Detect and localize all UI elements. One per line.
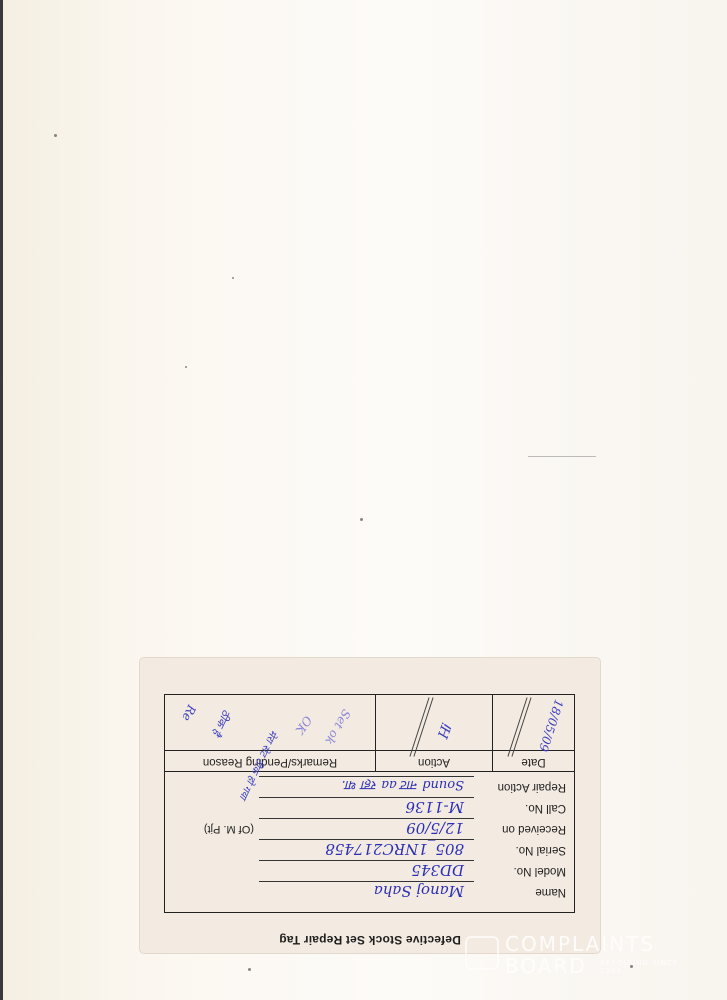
- field-label: Serial No.: [516, 844, 567, 856]
- field-repair-action: Repair Action Sound नाट aa रहा था.: [165, 776, 574, 797]
- field-underline: [259, 860, 474, 861]
- field-label: Call No.: [525, 802, 566, 814]
- field-underline: [259, 797, 474, 798]
- dust-speck: [360, 518, 363, 521]
- pen-stroke: [413, 697, 433, 756]
- scan-edge: [0, 0, 3, 1000]
- field-received-on: Received on 12/5/09 (Of M. Pjt): [165, 818, 574, 839]
- field-value: 805_1NRC217458: [325, 840, 464, 858]
- remark-text: OK: [292, 713, 314, 736]
- field-value: Sound नाट aa रहा था.: [342, 777, 464, 795]
- field-model-no: Model No. DD345: [165, 860, 574, 881]
- entry-action-cell: ⵑH: [375, 695, 492, 750]
- field-value: 12/5/09: [406, 819, 464, 837]
- field-value: M-1136: [405, 798, 464, 816]
- column-header-date: Date: [492, 751, 574, 771]
- field-call-no: Call No. M-1136: [165, 797, 574, 818]
- field-underline: [259, 818, 474, 819]
- table-entry-row: 18/05/09 ⵑH Set ok OK मेरा सेट ठीक हो गय…: [165, 695, 574, 750]
- pen-stroke: [511, 697, 531, 756]
- field-label: Name: [535, 886, 566, 898]
- dust-speck: [54, 134, 57, 137]
- remark-text: Re: [179, 703, 199, 724]
- entry-date: 18/05/09: [536, 698, 566, 754]
- field-serial-no: Serial No. 805_1NRC217458: [165, 839, 574, 860]
- field-value: Manoj Saha: [374, 882, 464, 900]
- field-underline: [259, 839, 474, 840]
- dust-speck: [185, 366, 187, 368]
- tag-title: Defective Stock Set Repair Tag: [140, 933, 600, 947]
- entry-remarks-cell: Set ok OK मेरा सेट ठीक हो गया ठीक है Re: [165, 695, 375, 750]
- field-note: (Of M. Pjt): [204, 823, 254, 835]
- pen-stroke: [409, 697, 429, 756]
- dust-speck: [248, 968, 251, 971]
- field-underline: [259, 776, 474, 777]
- field-label: Repair Action: [498, 781, 566, 793]
- field-name: Name Manoj Saha: [165, 881, 574, 902]
- repair-tag-card: Defective Stock Set Repair Tag Name Mano…: [140, 658, 600, 953]
- remark-text: ठीक है: [209, 707, 234, 738]
- field-label: Received on: [502, 823, 566, 835]
- column-header-action: Action: [375, 751, 492, 771]
- remark-text: Set ok: [322, 707, 353, 747]
- scratch-line: [528, 456, 596, 457]
- field-underline: [259, 881, 474, 882]
- pen-stroke: [507, 697, 527, 756]
- tag-table: Name Manoj Saha Model No. DD345 Serial N…: [164, 694, 575, 913]
- dust-speck: [232, 277, 234, 279]
- tag-fields: Name Manoj Saha Model No. DD345 Serial N…: [165, 772, 574, 912]
- field-value: DD345: [411, 861, 464, 879]
- field-label: Model No.: [514, 865, 566, 877]
- dust-speck: [630, 965, 633, 968]
- action-initials: ⵑH: [434, 720, 455, 741]
- entry-date-cell: 18/05/09: [492, 695, 574, 750]
